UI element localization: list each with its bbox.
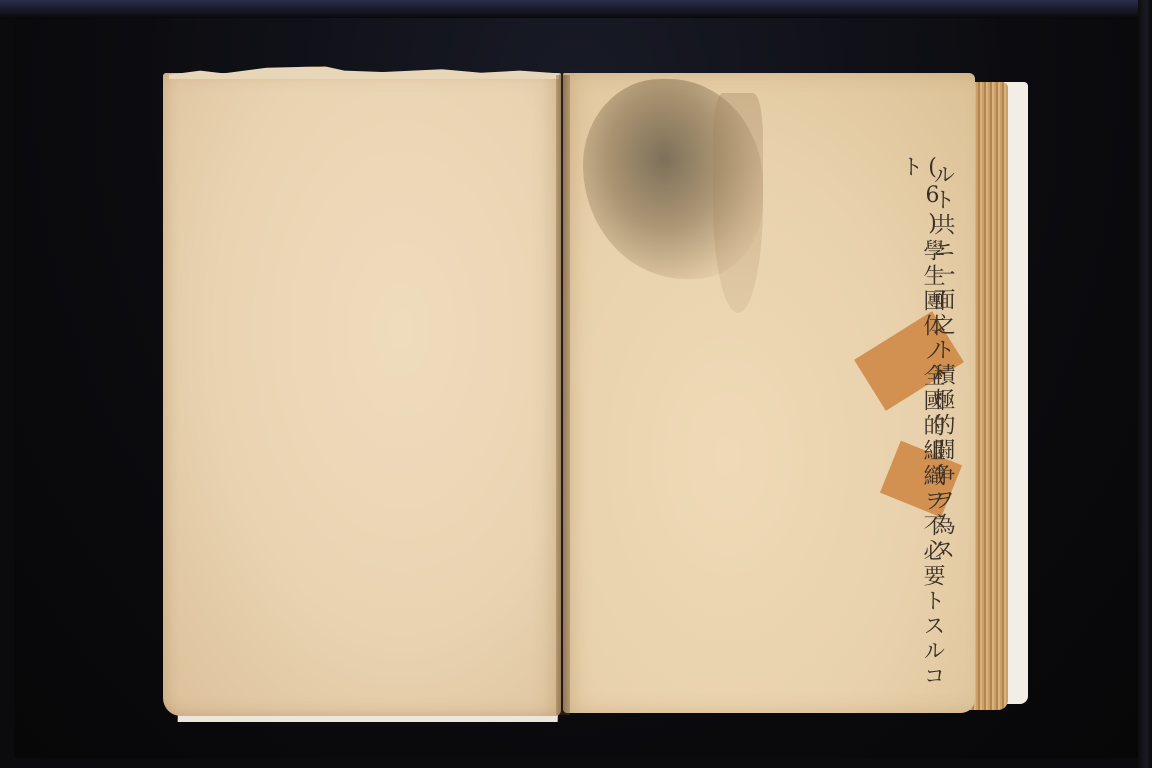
book-gutter	[556, 75, 570, 715]
water-stain-drip	[713, 93, 763, 313]
handwritten-column-2: (6)學生團体ノ全國的組織ヲ不必要トスルコト	[899, 155, 943, 713]
frame-top-edge	[0, 0, 1152, 18]
frame-right-edge	[1138, 0, 1152, 768]
right-page: ルト共ニ一面之ト積極的闘争ヲ為ス (6)學生團体ノ全國的組織ヲ不必要トスルコト	[563, 73, 975, 713]
left-page	[163, 73, 561, 716]
